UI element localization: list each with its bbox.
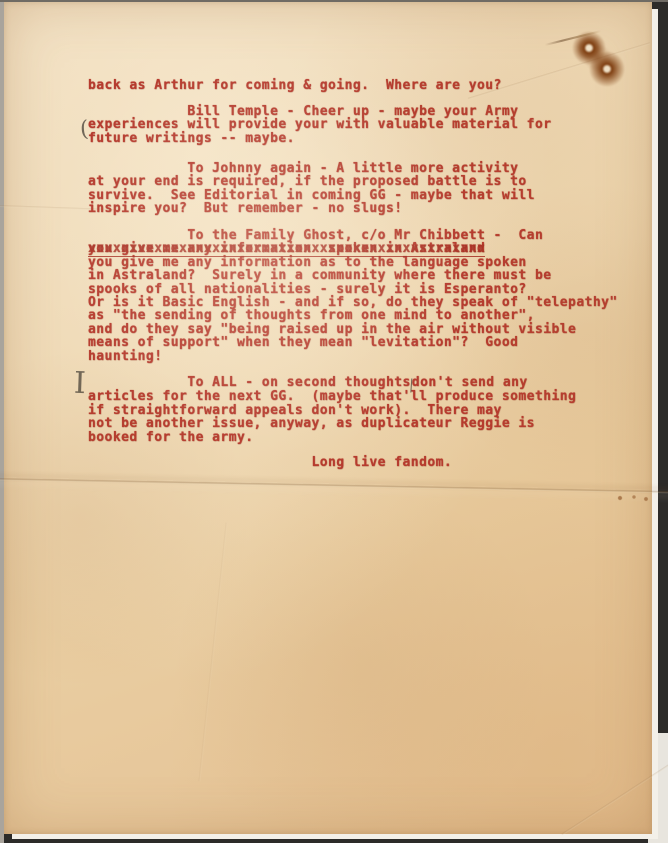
horizontal-fold-crease: [0, 477, 668, 493]
text-line: back as Arthur for coming & going. Where…: [88, 79, 502, 92]
paragraph-arthur: back as Arthur for coming & going. Where…: [88, 79, 502, 92]
text-line: as "the sending of thoughts from one min…: [88, 309, 618, 322]
text-line: articles for the next GG. (maybe that'll…: [88, 390, 576, 404]
text-line: haunting!: [88, 350, 618, 363]
text-line: booked for the army.: [88, 431, 576, 445]
paragraph-family-ghost: To the Family Ghost, c/o Mr Chibbett - C…: [88, 229, 618, 363]
scanned-letter-screenshot: { "colors": { "ink": "#b63b2e", "paper":…: [0, 0, 668, 843]
text-line: future writings -- maybe.: [88, 132, 552, 145]
crease-rust-specks: [614, 494, 654, 502]
text-line-struck: you give me any information spoken in As…: [88, 242, 618, 255]
paragraph-johnny: To Johnny again - A little more activity…: [88, 162, 535, 216]
strikeout-x-overlay: xxxxxxxxxxxxxxxxxxxxxxxxxxxxxxxxxxxxxxxx…: [88, 242, 485, 255]
text-line: spooks of all nationalities - surely it …: [88, 283, 618, 296]
vertical-wrinkle: [198, 523, 227, 782]
rust-stain: [555, 18, 633, 90]
pencil-margin-mark: I: [73, 366, 86, 401]
text-line: in Astraland? Surely in a community wher…: [88, 269, 618, 282]
text-segment: To ALL - on second thoughts: [88, 375, 411, 390]
paragraph-closing: Long live fandom.: [88, 456, 452, 469]
paragraph-bill-temple: Bill Temple - Cheer up - maybe your Army…: [88, 105, 552, 145]
text-line: at your end is required, if the proposed…: [88, 175, 535, 188]
text-segment: don't send any: [412, 375, 528, 390]
text-line: means of support" when they mean "levita…: [88, 336, 618, 349]
text-line: To ALL - on second thoughtsdon't send an…: [88, 376, 576, 390]
struck-text: you give me any information spoken in As…: [88, 242, 485, 256]
text-line: inspire you? But remember - no slugs!: [88, 202, 535, 215]
letter-page: ( I back as Arthur for coming & going. W…: [4, 2, 652, 834]
rust-scratch: [545, 30, 602, 46]
text-line: experiences will provide your with valua…: [88, 118, 552, 131]
paragraph-to-all: To ALL - on second thoughtsdon't send an…: [88, 376, 576, 445]
text-line: Long live fandom.: [88, 456, 452, 469]
